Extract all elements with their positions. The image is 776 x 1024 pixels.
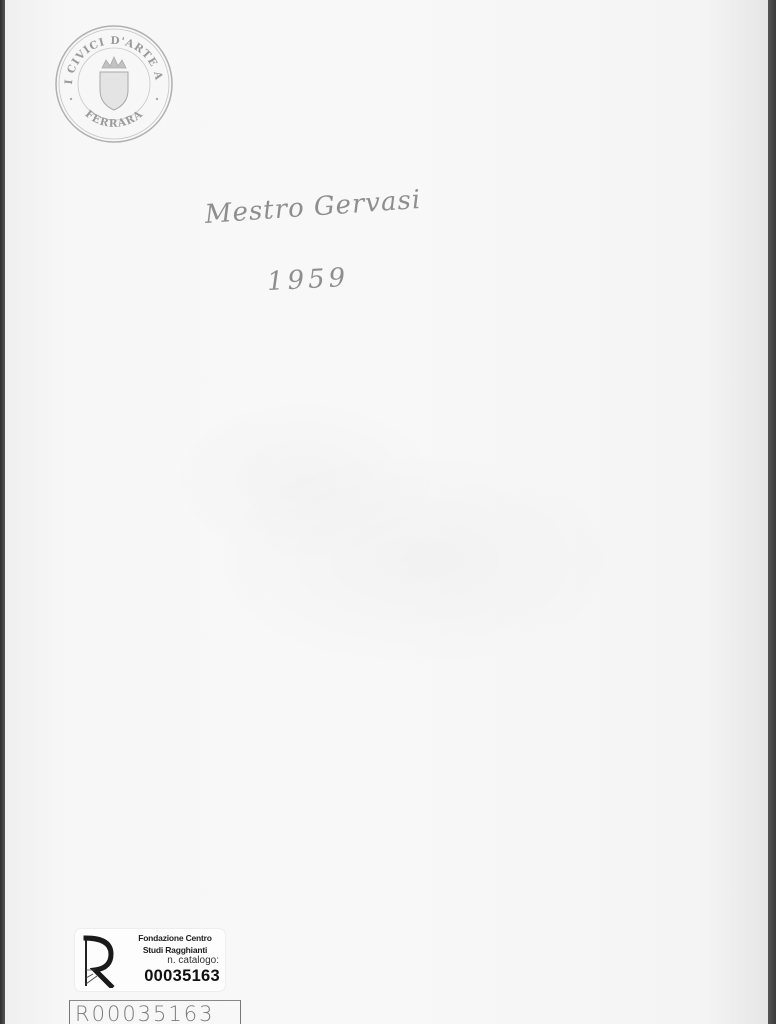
catalog-label: n. catalogo: xyxy=(167,955,219,966)
ragghianti-r-logo-icon xyxy=(83,934,115,988)
label-organization: Fondazione Centro Studi Ragghianti xyxy=(127,932,223,956)
photo-verso-sheet: MUSEI CIVICI D'ARTE ANTICA · FERRARA · M… xyxy=(5,0,768,1024)
inventory-box: R00035163 xyxy=(69,1000,241,1024)
scan-border-right xyxy=(768,0,776,1024)
handwritten-inventory-number: R00035163 xyxy=(75,1002,214,1024)
label-org-line1: Fondazione Centro xyxy=(127,932,223,944)
handwritten-attribution: Mestro Gervasi xyxy=(204,185,422,230)
museum-stamp: MUSEI CIVICI D'ARTE ANTICA · FERRARA · xyxy=(54,24,174,144)
archive-label: Fondazione Centro Studi Ragghianti n. ca… xyxy=(75,929,225,991)
crowned-shield-icon: MUSEI CIVICI D'ARTE ANTICA · FERRARA · xyxy=(54,24,174,144)
catalog-number: 00035163 xyxy=(144,967,220,986)
handwritten-year: 1959 xyxy=(266,263,350,297)
